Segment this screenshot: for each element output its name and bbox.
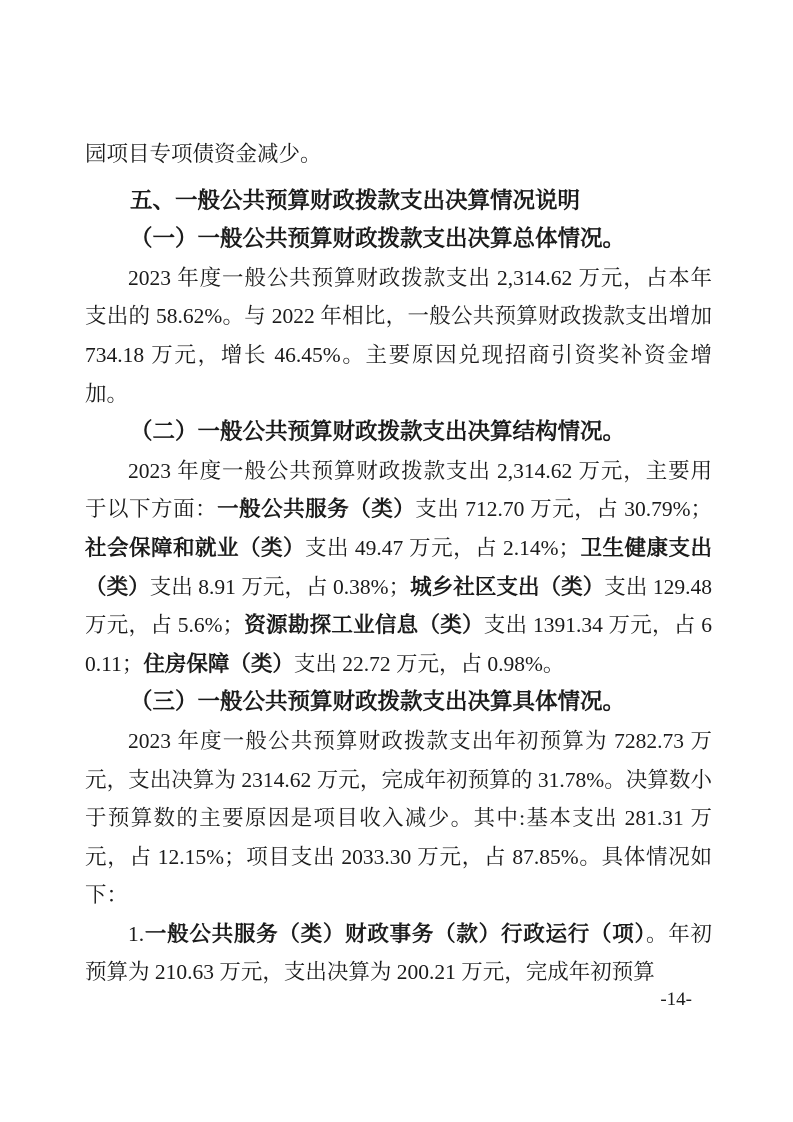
section-heading-5: 五、一般公共预算财政拨款支出决算情况说明 <box>85 182 712 221</box>
text-segment: 支出 49.47 万元，占 2.14%； <box>305 536 580 560</box>
paragraph-overall-situation: 2023 年度一般公共预算财政拨款支出 2,314.62 万元，占本年支出的 5… <box>85 259 712 413</box>
paragraph-specific-situation: 2023 年度一般公共预算财政拨款支出年初预算为 7282.73 万元，支出决算… <box>85 722 712 915</box>
text-segment: 2023 年度一般公共预算财政拨款支出年初预算为 7282.73 万元，支出决算… <box>85 729 712 907</box>
text-segment: 2023 年度一般公共预算财政拨款支出 2,314.62 万元，占本年支出的 5… <box>85 266 712 406</box>
bold-text-segment: 城乡社区支出（类） <box>410 575 604 599</box>
bold-text-segment: （三）一般公共预算财政拨款支出决算具体情况。 <box>130 689 625 714</box>
bold-text-segment: 社会保障和就业（类） <box>85 536 305 560</box>
bold-text-segment: 住房保障（类） <box>143 652 294 676</box>
bold-text-segment: 一般公共服务（类） <box>217 497 415 521</box>
bold-text-segment: （一）一般公共预算财政拨款支出决算总体情况。 <box>130 226 625 251</box>
text-segment: 支出 712.70 万元，占 30.79%； <box>415 497 712 521</box>
text-segment: 支出 8.91 万元，占 0.38%； <box>150 575 410 599</box>
subsection-heading-1: （一）一般公共预算财政拨款支出决算总体情况。 <box>85 220 712 259</box>
page-number: -14- <box>660 988 692 1012</box>
text-segment: 支出 22.72 万元，占 0.98%。 <box>294 652 565 676</box>
bold-text-segment: 五、一般公共预算财政拨款支出决算情况说明 <box>130 188 580 213</box>
paragraph-item-1: 1.一般公共服务（类）财政事务（款）行政运行（项）。年初预算为 210.63 万… <box>85 915 712 992</box>
document-content: 园项目专项债资金减少。五、一般公共预算财政拨款支出决算情况说明（一）一般公共预算… <box>85 135 712 992</box>
document-page: 园项目专项债资金减少。五、一般公共预算财政拨款支出决算情况说明（一）一般公共预算… <box>0 0 793 1122</box>
continuation-line: 园项目专项债资金减少。 <box>85 135 712 174</box>
bold-text-segment: 一般公共服务（类）财政事务（款）行政运行（项） <box>144 922 646 946</box>
text-segment: 1. <box>128 922 144 946</box>
bold-text-segment: 资源勘探工业信息（类） <box>244 613 484 637</box>
bold-text-segment: （二）一般公共预算财政拨款支出决算结构情况。 <box>130 419 625 444</box>
subsection-heading-3: （三）一般公共预算财政拨款支出决算具体情况。 <box>85 683 712 722</box>
paragraph-structure-situation: 2023 年度一般公共预算财政拨款支出 2,314.62 万元，主要用于以下方面… <box>85 452 712 684</box>
subsection-heading-2: （二）一般公共预算财政拨款支出决算结构情况。 <box>85 413 712 452</box>
text-segment: 园项目专项债资金减少。 <box>85 142 322 166</box>
